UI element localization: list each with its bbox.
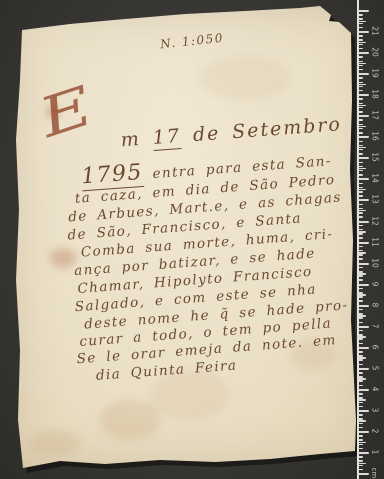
ruler-tick — [358, 39, 363, 41]
ruler-tick — [358, 98, 363, 100]
ruler-tick — [358, 178, 369, 180]
ruler-number: 2 — [370, 425, 380, 438]
ruler-tick — [358, 406, 363, 408]
ruler-number: 1 — [370, 446, 380, 459]
ruler-tick — [358, 452, 369, 454]
ruler-number: 13 — [370, 193, 380, 206]
ruler-tick — [358, 183, 363, 185]
ruler-tick — [358, 399, 366, 401]
ruler-tick — [358, 279, 363, 281]
ruler-unit-label: cm — [369, 466, 379, 479]
flourish-initial-E: E — [34, 79, 100, 146]
ruler-tick — [358, 420, 366, 422]
ruler-tick — [358, 439, 363, 441]
ruler-number: 3 — [370, 403, 380, 416]
ruler-tick — [358, 233, 363, 235]
ruler-tick — [358, 359, 363, 361]
scanned-manuscript-photo: N. 1:050 E m 17 de Setembro1795 entra pa… — [0, 0, 384, 479]
ruler-tick — [358, 326, 369, 328]
manuscript-text: 17 — [152, 125, 182, 151]
ruler-tick — [358, 351, 363, 353]
ruler-tick — [358, 378, 366, 380]
manuscript-text: m — [120, 127, 154, 151]
stain — [30, 430, 80, 456]
ruler-tick — [358, 195, 363, 197]
ruler-tick — [358, 254, 363, 256]
ruler-tick — [358, 216, 363, 218]
ruler-tick — [358, 463, 366, 465]
ruler-tick — [358, 431, 369, 433]
ruler-tick — [358, 294, 366, 296]
ruler-tick — [358, 423, 363, 425]
manuscript-text: de Setembro — [180, 113, 343, 147]
ruler-tick — [358, 410, 369, 412]
ruler-tick — [358, 44, 363, 46]
ruler-tick — [358, 119, 363, 121]
ruler-number: 15 — [370, 151, 380, 164]
ruler-tick — [358, 338, 363, 340]
ruler-tick — [358, 225, 363, 227]
ruler-tick — [358, 124, 363, 126]
ruler-number: 8 — [370, 298, 380, 311]
ruler-tick — [358, 212, 363, 214]
ruler-tick — [358, 145, 363, 147]
ruler-tick — [358, 174, 363, 176]
ruler-tick — [358, 343, 363, 345]
ruler-tick — [358, 56, 363, 58]
ruler-tick — [358, 305, 369, 307]
ruler-tick — [358, 94, 369, 96]
ruler-tick — [358, 105, 366, 107]
ruler-tick — [358, 414, 363, 416]
ruler-tick — [358, 258, 363, 260]
manuscript-paper: N. 1:050 E m 17 de Setembro1795 entra pa… — [0, 0, 384, 479]
ruler-number: 6 — [370, 340, 380, 353]
ruler-tick — [358, 252, 366, 254]
ruler-tick — [358, 237, 363, 239]
ruler-tick — [358, 204, 363, 206]
ruler-tick — [358, 296, 363, 298]
ruler-tick — [358, 111, 363, 113]
ruler-tick — [358, 389, 369, 391]
ruler-tick — [358, 473, 369, 475]
ruler-tick — [358, 336, 366, 338]
ruler-tick — [358, 21, 366, 23]
ruler-tick — [358, 35, 363, 37]
ruler-tick — [358, 14, 363, 16]
ruler-tick — [358, 357, 366, 359]
ruler-tick — [358, 460, 363, 462]
ruler-number: 21 — [370, 25, 380, 38]
ruler-tick — [358, 442, 366, 444]
ruler-number: 17 — [370, 109, 380, 122]
ruler-tick — [358, 242, 369, 244]
ruler-tick — [358, 284, 369, 286]
ruler-baseline — [357, 0, 359, 479]
ruler-tick — [358, 263, 369, 265]
ruler-tick — [358, 465, 363, 467]
ruler-tick — [358, 73, 369, 75]
ruler-tick — [358, 322, 363, 324]
ruler-tick — [358, 300, 363, 302]
ruler-tick — [358, 23, 363, 25]
ruler-tick — [358, 393, 363, 395]
ruler-tick — [358, 315, 366, 317]
ruler-tick — [358, 77, 363, 79]
ruler-number: 10 — [370, 256, 380, 269]
ruler-tick — [358, 84, 366, 86]
ruler-tick — [358, 231, 366, 233]
ruler-number: 18 — [370, 88, 380, 101]
ruler-tick — [358, 385, 363, 387]
ruler-tick — [358, 42, 366, 44]
ruler-tick — [358, 141, 363, 143]
ruler-tick — [358, 157, 369, 159]
ruler-tick — [358, 435, 363, 437]
stain — [200, 55, 290, 100]
ruler-tick — [358, 372, 363, 374]
manuscript-line: m 17 de Setembro — [120, 113, 343, 151]
ruler-tick — [358, 115, 369, 117]
ruler-tick — [358, 317, 363, 319]
ruler-tick — [358, 162, 363, 164]
ruler-tick — [358, 65, 363, 67]
ruler-tick — [358, 136, 369, 138]
ruler-tick — [358, 103, 363, 105]
ruler-tick — [358, 63, 366, 65]
ruler-tick — [358, 61, 363, 63]
ruler-tick — [358, 347, 369, 349]
ruler-number: 20 — [370, 46, 380, 59]
ruler-number: 16 — [370, 130, 380, 143]
ruler-tick — [358, 52, 369, 54]
ruler-number: 14 — [370, 172, 380, 185]
ruler-number: 12 — [370, 214, 380, 227]
ruler-tick — [358, 364, 363, 366]
ruler-tick — [358, 380, 363, 382]
measuring-ruler: 212019181716151413121110987654321cm — [357, 0, 384, 479]
ruler-number: 9 — [370, 277, 380, 290]
ruler-tick — [358, 402, 363, 404]
ruler-tick — [358, 273, 366, 275]
ruler-tick — [358, 153, 363, 155]
ruler-tick — [358, 132, 363, 134]
ruler-tick — [358, 444, 363, 446]
ruler-tick — [358, 31, 369, 33]
ruler-tick — [358, 221, 369, 223]
ruler-tick — [358, 456, 363, 458]
ruler-number: 7 — [370, 319, 380, 332]
ruler-number: 4 — [370, 382, 380, 395]
ruler-tick — [358, 10, 369, 12]
ruler-tick — [358, 18, 363, 20]
manuscript: E m 17 de Setembro1795 entra para esta S… — [58, 109, 384, 431]
ruler-tick — [358, 82, 363, 84]
ruler-number: 11 — [370, 235, 380, 248]
ruler-tick — [358, 199, 369, 201]
archive-number-annotation: N. 1:050 — [159, 31, 224, 52]
ruler-number: 19 — [370, 67, 380, 80]
ruler-number: 5 — [370, 361, 380, 374]
ruler-tick — [358, 191, 363, 193]
ruler-tick — [358, 275, 363, 277]
ruler-tick — [358, 368, 369, 370]
